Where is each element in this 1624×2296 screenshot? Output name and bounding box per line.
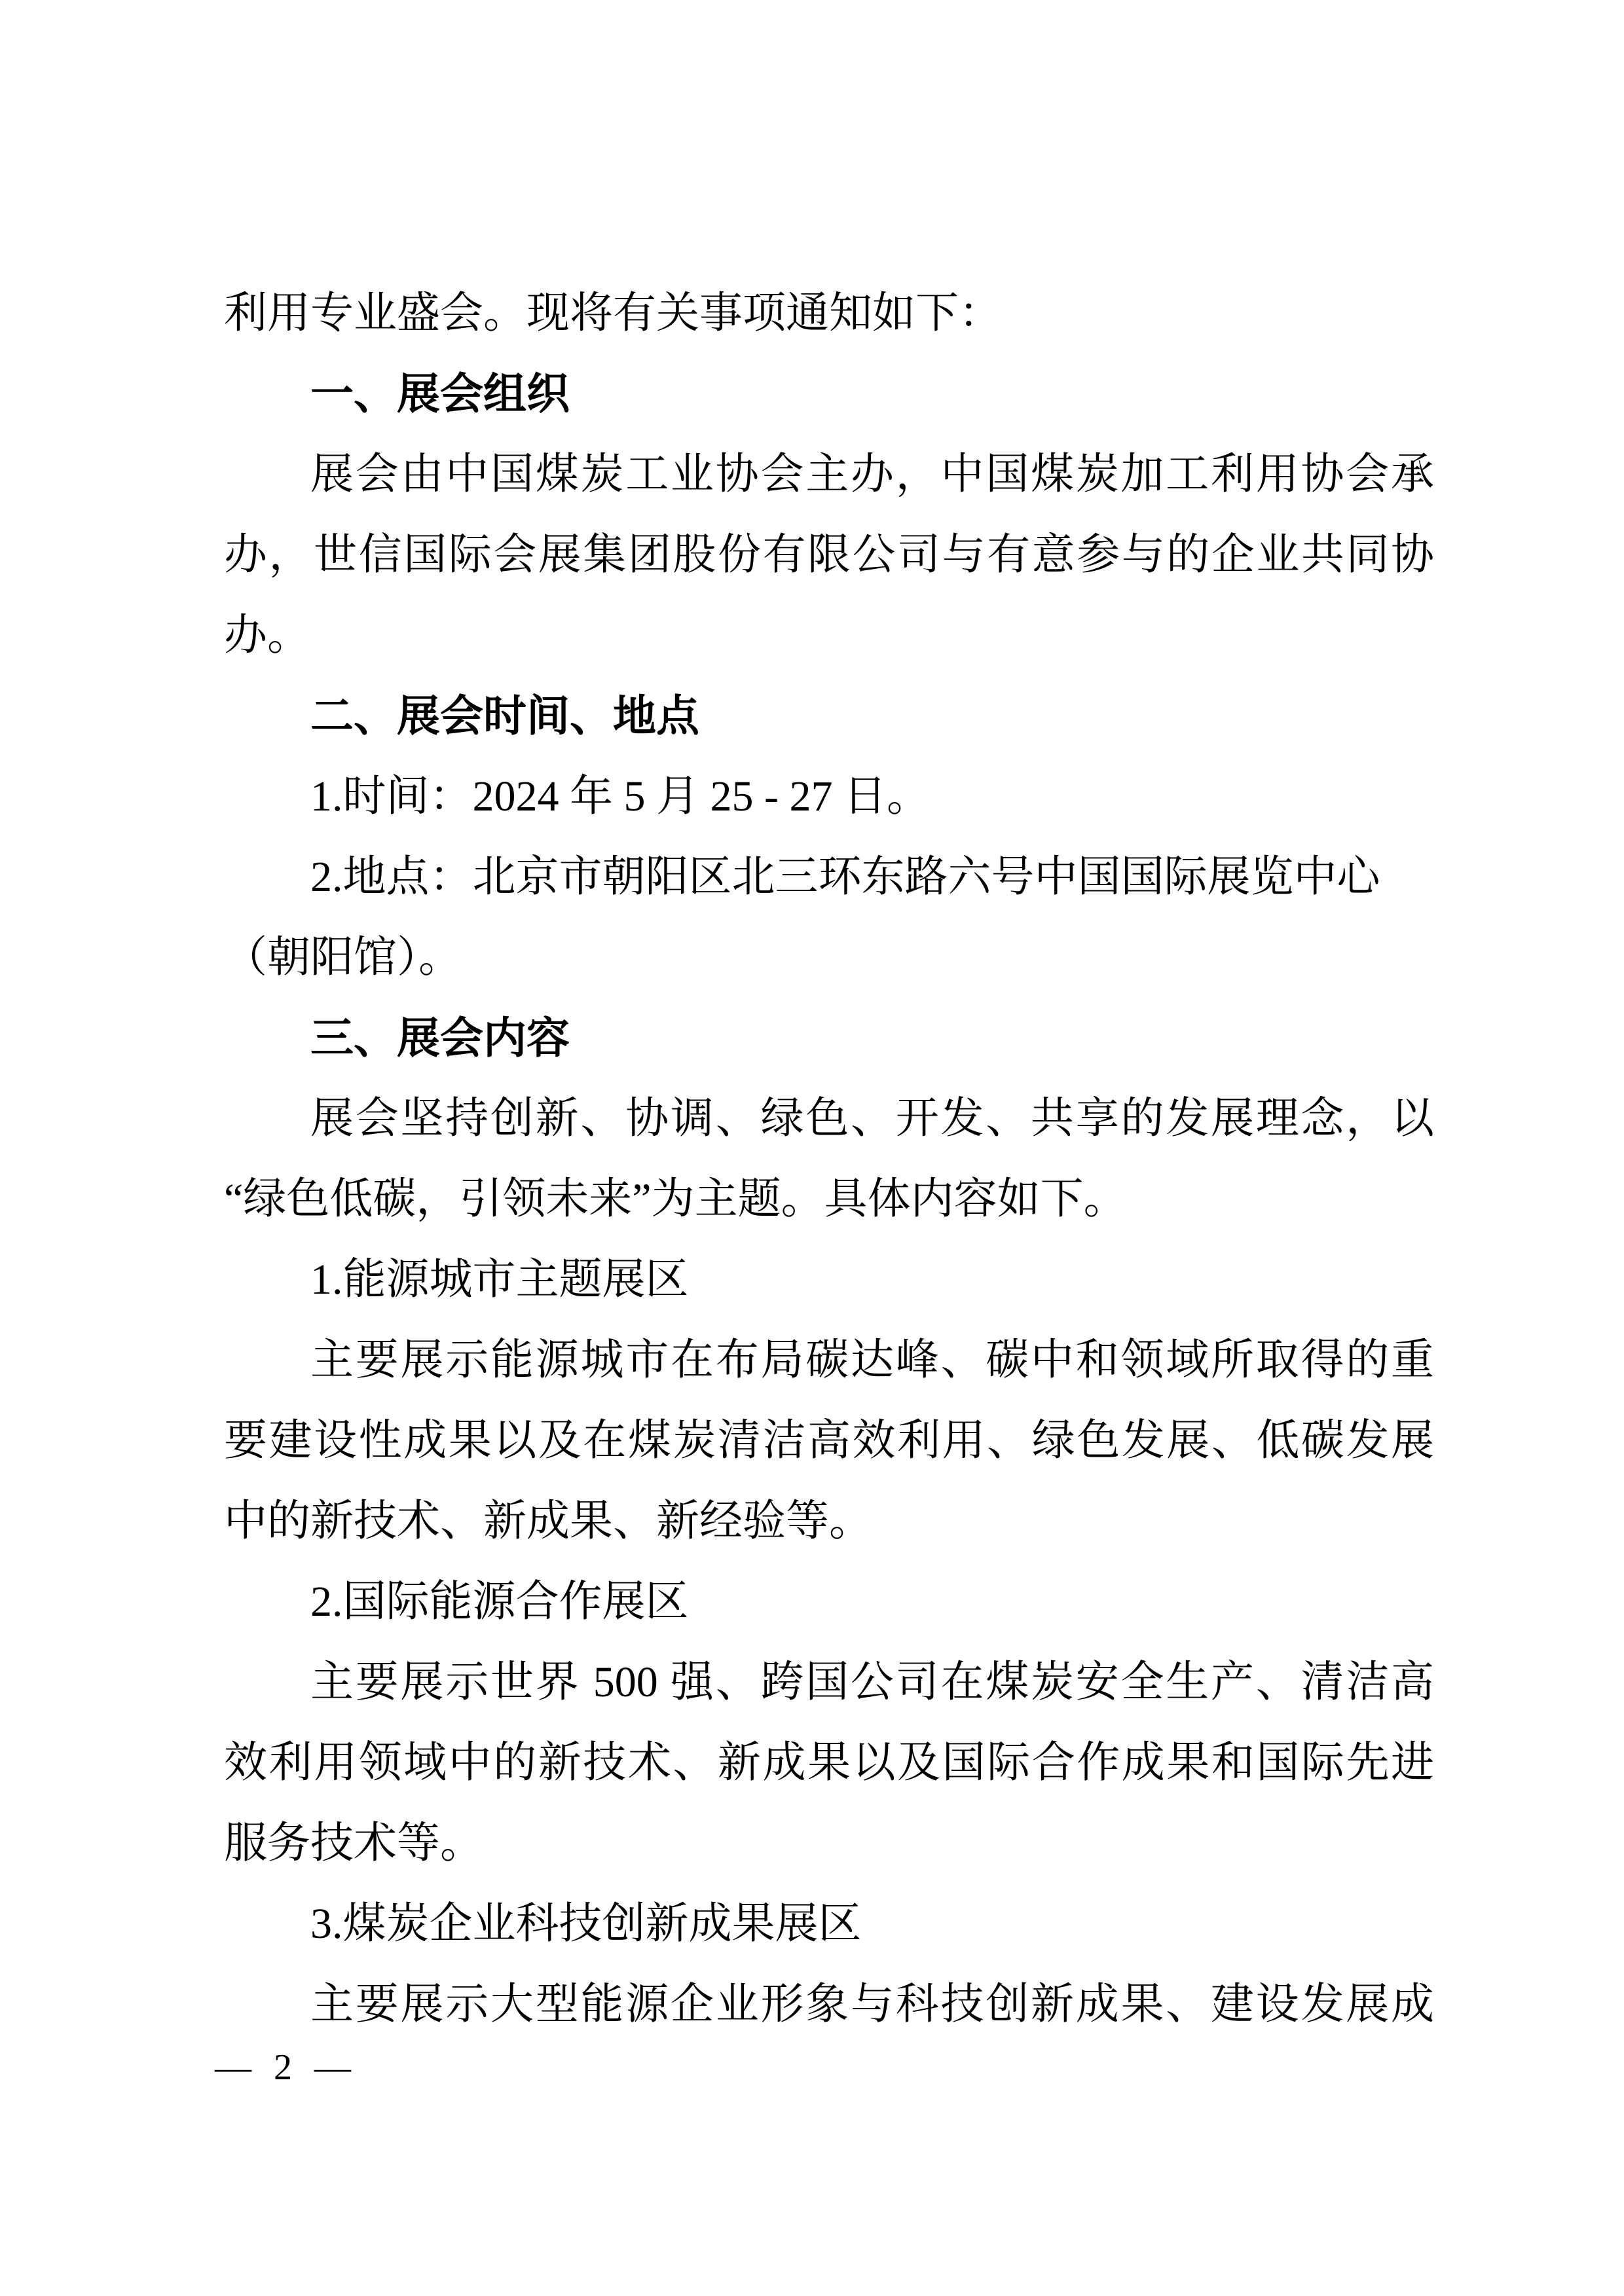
page-number: — 2 — [215,2047,358,2088]
body-line: 效利用领域中的新技术、新成果以及国际合作成果和国际先进 [224,1722,1434,1803]
body-line: 2.国际能源合作展区 [224,1561,1434,1642]
body-line: 展会由中国煤炭工业协会主办，中国煤炭加工利用协会承 [224,434,1434,515]
body-line: 3.煤炭企业科技创新成果展区 [224,1884,1434,1964]
body-line: （朝阳馆）。 [224,917,1434,998]
section-heading: 一、展会组织 [224,354,1434,434]
section-heading: 三、展会内容 [224,998,1434,1078]
body-line: 服务技术等。 [224,1803,1434,1884]
body-line: 办。 [224,595,1434,676]
body-line: 展会坚持创新、协调、绿色、开发、共享的发展理念，以 [224,1078,1434,1159]
section-heading: 二、展会时间、地点 [224,676,1434,756]
body-line: 要建设性成果以及在煤炭清洁高效利用、绿色发展、低碳发展 [224,1400,1434,1481]
body-line: 1.时间：2024 年 5 月 25 - 27 日。 [224,756,1434,837]
body-line: 1.能源城市主题展区 [224,1239,1434,1320]
body-line: 主要展示能源城市在布局碳达峰、碳中和领域所取得的重 [224,1320,1434,1400]
body-line: 办，世信国际会展集团股份有限公司与有意参与的企业共同协 [224,515,1434,595]
body-line: 主要展示世界 500 强、跨国公司在煤炭安全生产、清洁高 [224,1642,1434,1722]
body-line: 中的新技术、新成果、新经验等。 [224,1481,1434,1561]
body-line: 2.地点：北京市朝阳区北三环东路六号中国国际展览中心 [224,837,1434,917]
body-line: “绿色低碳，引领未来”为主题。具体内容如下。 [224,1159,1434,1239]
document-page: 利用专业盛会。现将有关事项通知如下：一、展会组织展会由中国煤炭工业协会主办，中国… [0,0,1624,2296]
body-line: 利用专业盛会。现将有关事项通知如下： [224,273,1434,354]
page-footer: — 2 — [215,2048,358,2087]
body-line: 主要展示大型能源企业形象与科技创新成果、建设发展成 [224,1964,1434,2045]
document-body: 利用专业盛会。现将有关事项通知如下：一、展会组织展会由中国煤炭工业协会主办，中国… [224,273,1434,2045]
